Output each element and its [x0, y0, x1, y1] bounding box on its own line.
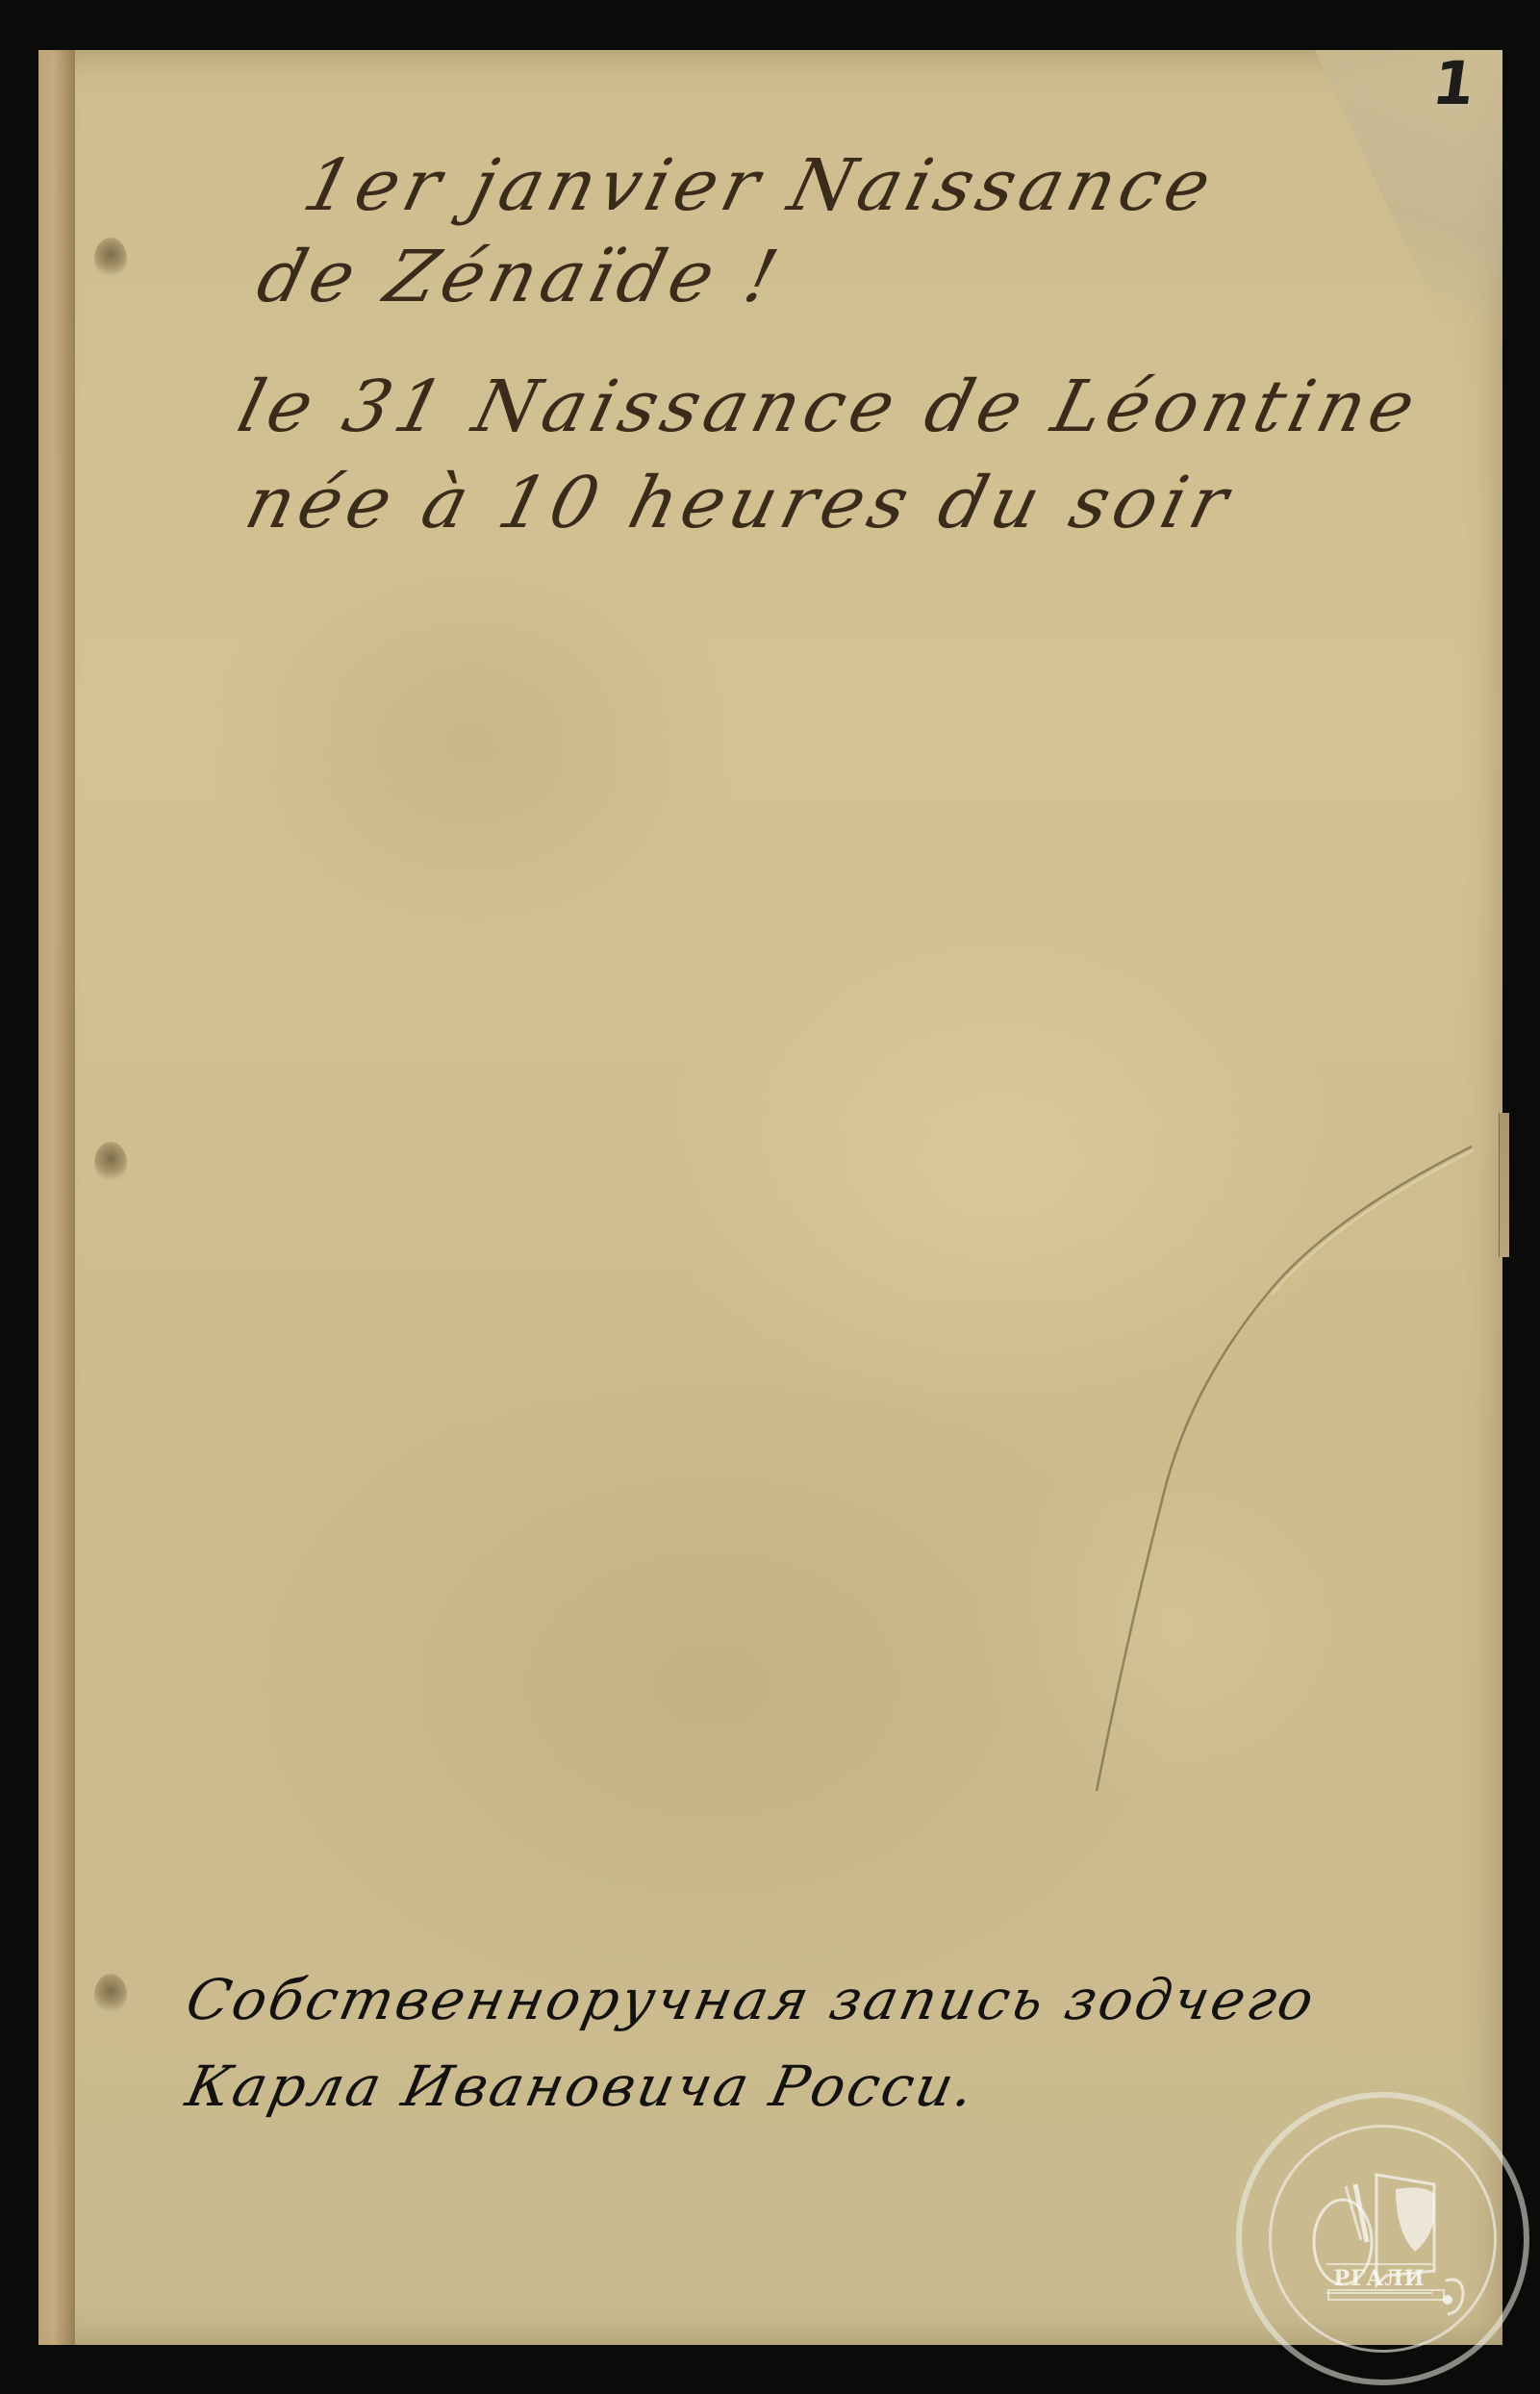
french-line-2: de Zénaïde ! — [249, 236, 791, 318]
french-line-1: 1er janvier Naissance — [295, 144, 1224, 227]
binding-strip — [38, 50, 75, 2345]
russian-line-2: Карла Ивановича Росси. — [181, 2054, 983, 2119]
french-line-3: le 31 Naissance de Léontine — [230, 365, 1428, 448]
binding-hole — [94, 1142, 127, 1184]
russian-line-1: Собственноручная запись зодчего — [181, 1967, 1323, 2032]
binding-hole — [94, 1974, 127, 2016]
french-line-4: née à 10 heures du soir — [238, 462, 1241, 544]
paper-crease — [1077, 1127, 1481, 1801]
binding-hole — [94, 238, 127, 280]
seal-emblem-icon — [1242, 2098, 1524, 2380]
archive-seal-watermark: РГАЛИ — [1236, 2092, 1529, 2385]
torn-edge — [1499, 1113, 1509, 1257]
seal-label: РГАЛИ — [1326, 2263, 1432, 2294]
